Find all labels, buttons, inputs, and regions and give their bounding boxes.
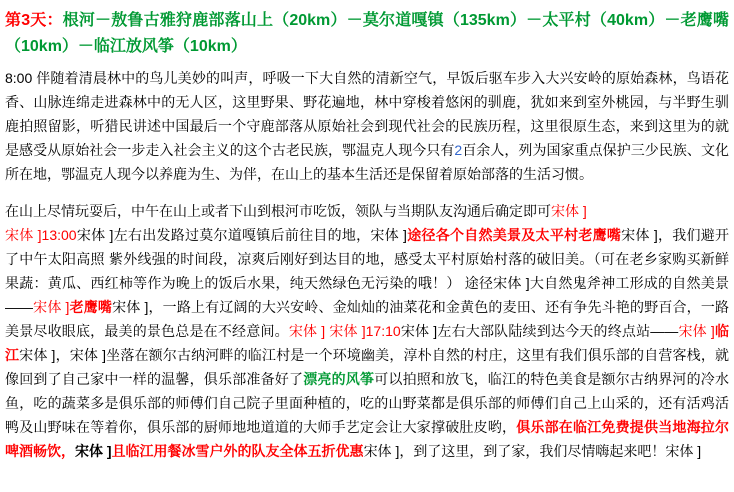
text-segment: 宋体 ] bbox=[551, 203, 587, 219]
paragraph-afternoon-route: 宋体 ]13:00宋体 ]左右出发路过莫尔道嘎镇后前往目的地，宋体 ]途径各个自… bbox=[5, 223, 729, 463]
text-segment: 宋体 ]左右出发路过莫尔道嘎镇后前往目的地，宋体 ] bbox=[77, 227, 407, 243]
text-segment: 宋体 ]，到了这里，到了家，我们尽情嗨起来吧！宋体 ] bbox=[364, 443, 702, 459]
text-segment: 第3天： bbox=[5, 12, 63, 29]
text-segment: 宋体 ] bbox=[678, 323, 715, 339]
text-segment: 宋体 ] bbox=[33, 299, 69, 315]
day3-route-heading: 第3天：根河－敖鲁古雅狩鹿部落山上（20km）－莫尔道嘎镇（135km）－太平村… bbox=[5, 8, 729, 60]
text-segment: 宋体 ] bbox=[75, 443, 112, 459]
paragraph-morning-forest: 8:00 伴随着清晨林中的鸟儿美妙的叫声，呼吸一下大自然的清新空气，早饭后驱车步… bbox=[5, 66, 729, 186]
text-segment: 老鹰嘴 bbox=[69, 299, 112, 315]
text-segment: 途径各个自然美景及太平村老鹰嘴 bbox=[407, 227, 621, 243]
text-segment: 且临江用餐冰雪户外的队友全体五折优惠 bbox=[112, 443, 364, 459]
itinerary-document: 第3天：根河－敖鲁古雅狩鹿部落山上（20km）－莫尔道嘎镇（135km）－太平村… bbox=[0, 0, 734, 467]
itinerary-body: 8:00 伴随着清晨林中的鸟儿美妙的叫声，呼吸一下大自然的清新空气，早饭后驱车步… bbox=[5, 66, 729, 463]
text-segment: 宋体 ] 宋体 ]17:10 bbox=[289, 323, 401, 339]
text-segment: 根河－敖鲁古雅狩鹿部落山上（20km）－莫尔道嘎镇（135km）－太平村（40k… bbox=[5, 12, 729, 55]
text-segment: 宋体 ]左右大部队陆续到达今天的终点站—— bbox=[401, 323, 679, 339]
text-segment: 漂亮的风筝 bbox=[303, 371, 374, 387]
text-segment: 宋体 ]13:00 bbox=[5, 227, 77, 243]
paragraph-lunch-plan: 在山上尽情玩耍后，中午在山上或者下山到根河市吃饭，领队与当期队友沟通后确定即可宋… bbox=[5, 199, 729, 223]
text-segment: 在山上尽情玩耍后，中午在山上或者下山到根河市吃饭，领队与当期队友沟通后确定即可 bbox=[5, 203, 551, 219]
